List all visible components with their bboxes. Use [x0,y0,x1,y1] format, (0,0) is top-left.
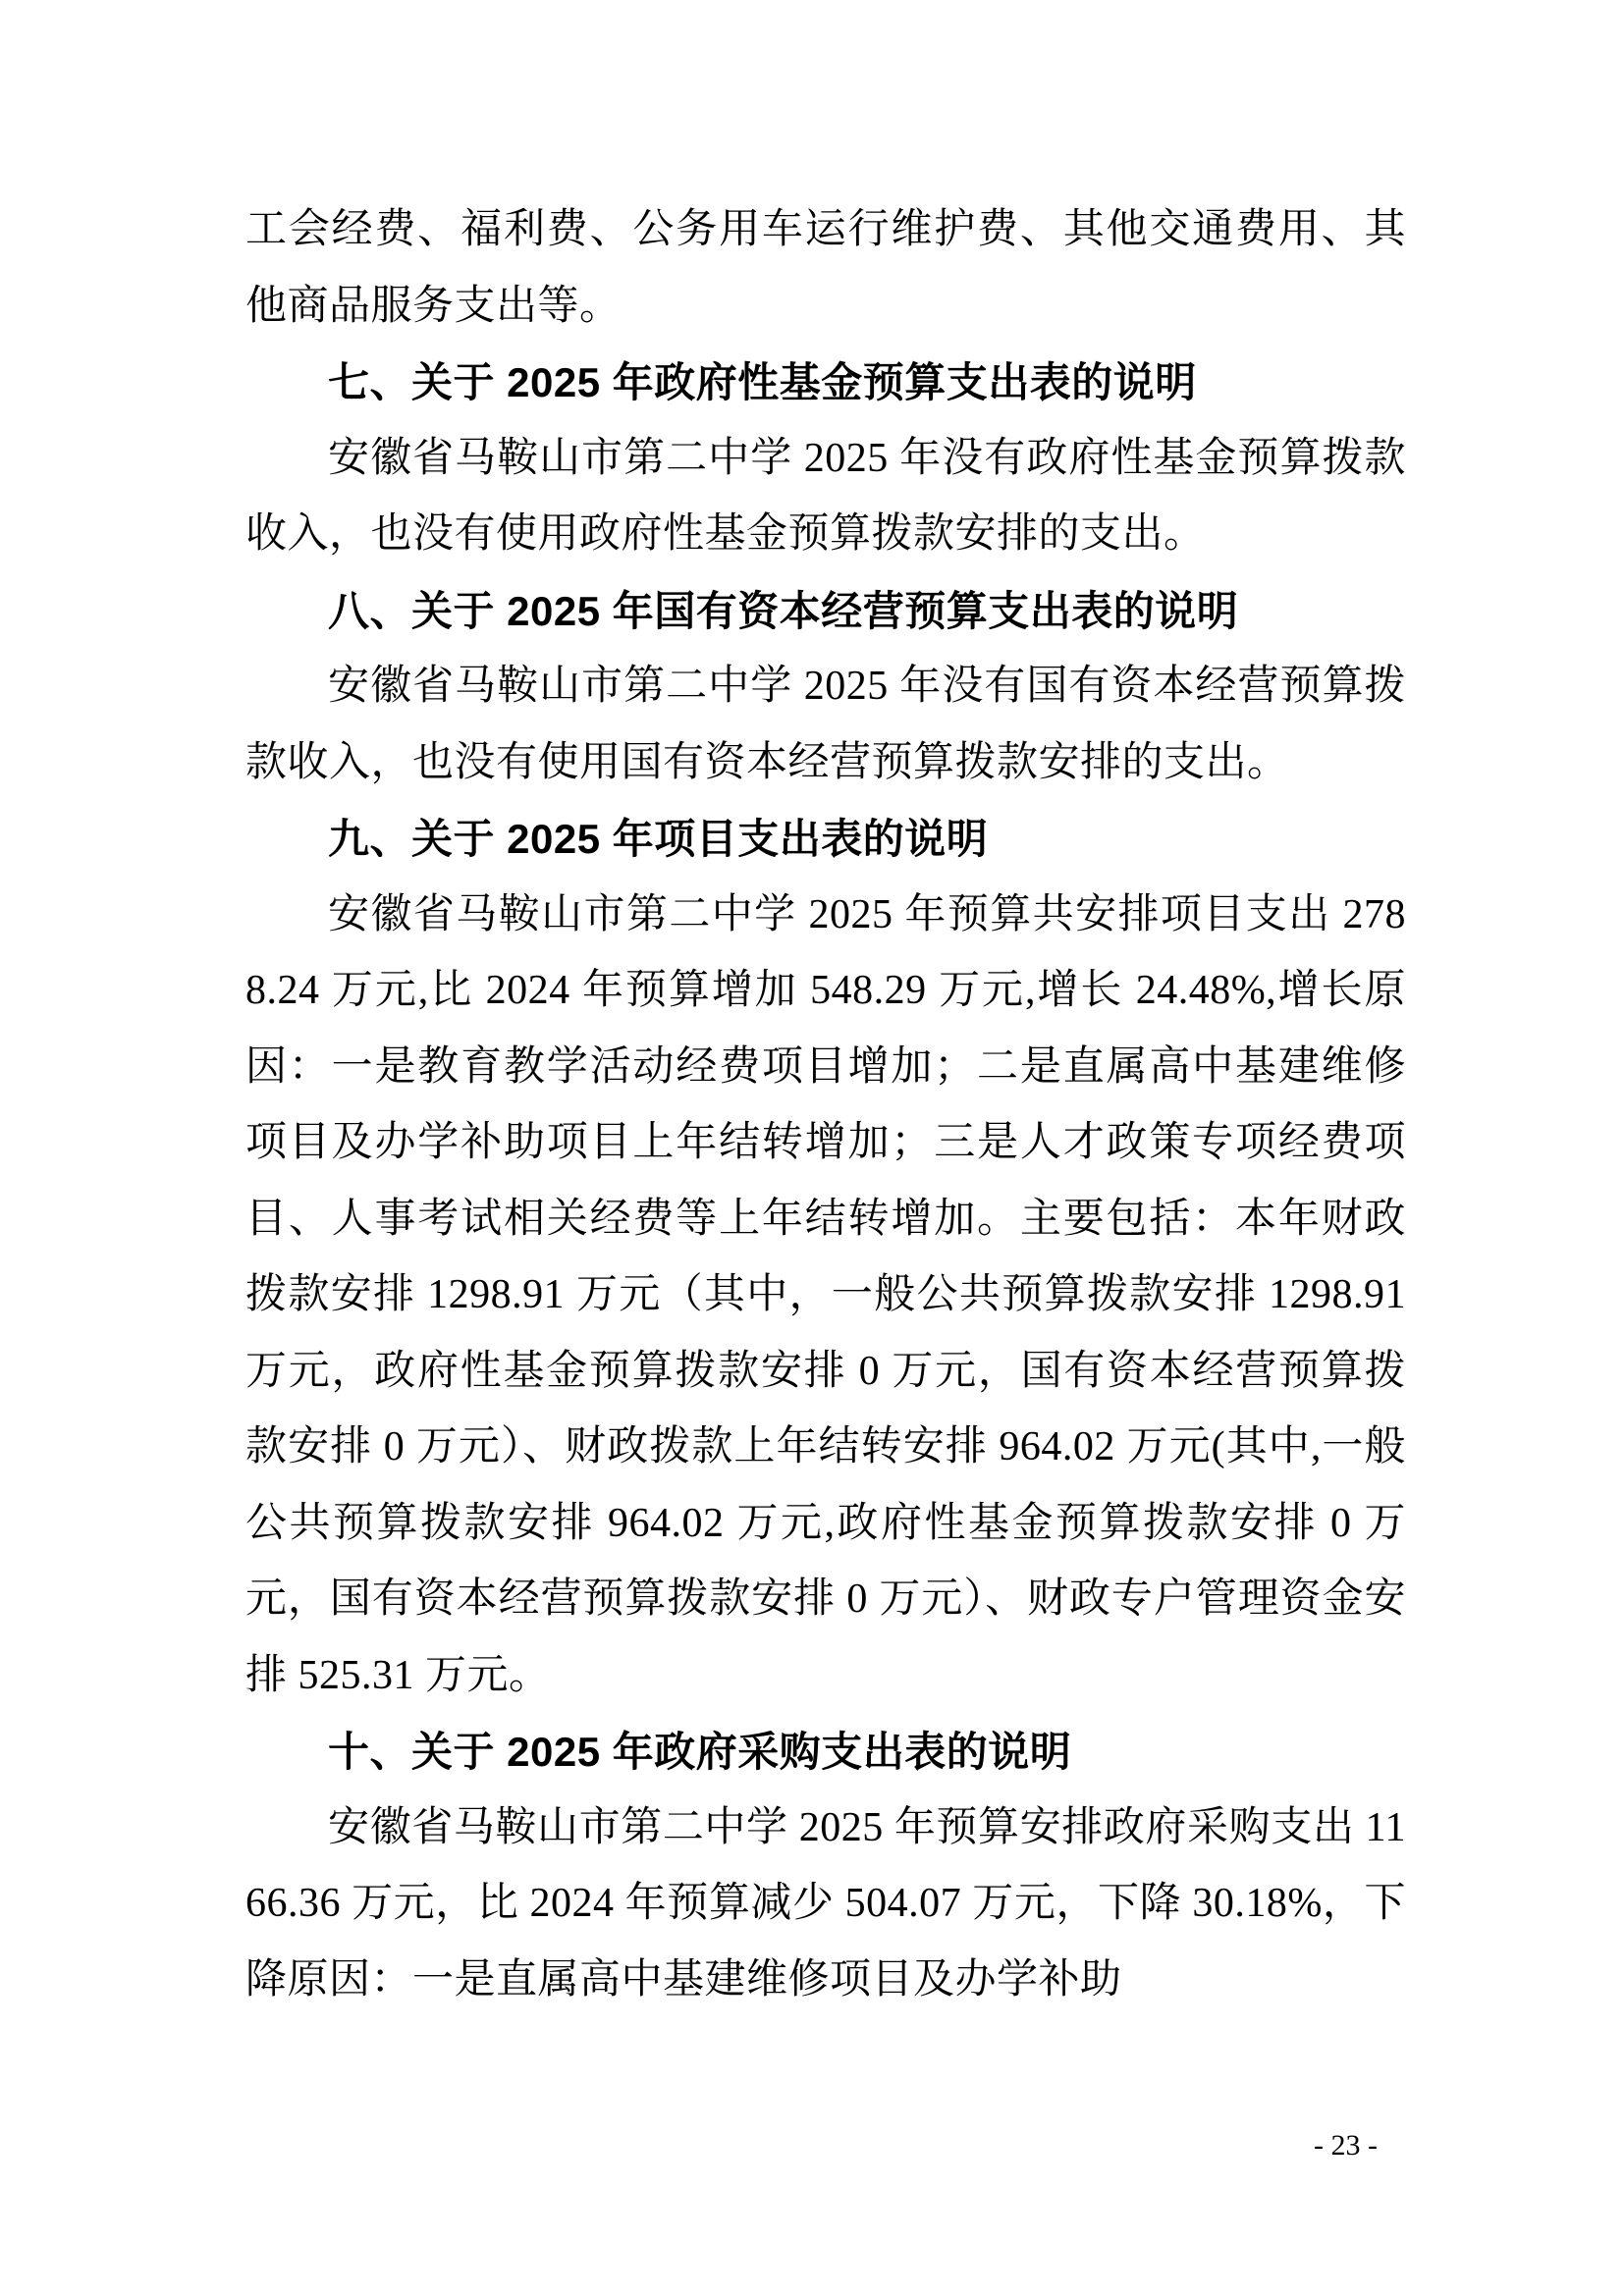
document-page: 工会经费、福利费、公务用车运行维护费、其他交通费用、其他商品服务支出等。 七、关… [0,0,1624,2296]
section-8-paragraph: 安徽省马鞍山市第二中学 2025 年没有国有资本经营预算拨款收入，也没有使用国有… [245,649,1406,801]
page-number: - 23 - [1314,2128,1378,2163]
section-heading-10: 十、关于 2025 年政府采购支出表的说明 [245,1714,1406,1790]
body-paragraph-continued: 工会经费、福利费、公务用车运行维护费、其他交通费用、其他商品服务支出等。 [245,192,1406,345]
section-heading-7: 七、关于 2025 年政府性基金预算支出表的说明 [245,345,1406,421]
section-10-paragraph: 安徽省马鞍山市第二中学 2025 年预算安排政府采购支出 1166.36 万元，… [245,1790,1406,2019]
section-9-paragraph: 安徽省马鞍山市第二中学 2025 年预算共安排项目支出 2788.24 万元,比… [245,878,1406,1715]
document-body: 工会经费、福利费、公务用车运行维护费、其他交通费用、其他商品服务支出等。 七、关… [245,192,1406,2018]
section-heading-8: 八、关于 2025 年国有资本经营预算支出表的说明 [245,573,1406,650]
section-heading-9: 九、关于 2025 年项目支出表的说明 [245,801,1406,878]
section-7-paragraph: 安徽省马鞍山市第二中学 2025 年没有政府性基金预算拨款收入，也没有使用政府性… [245,421,1406,573]
